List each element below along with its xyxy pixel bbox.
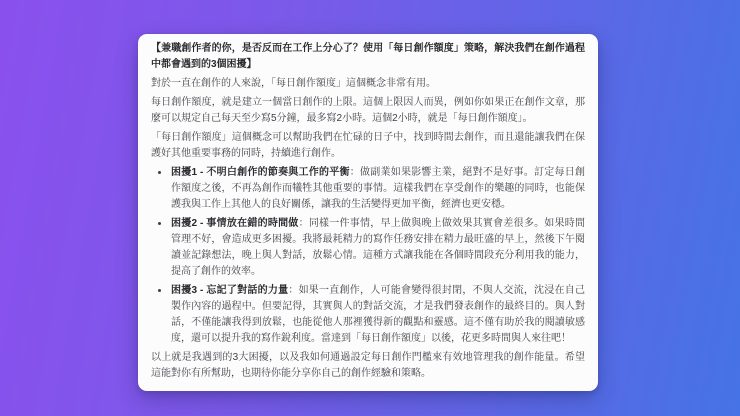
pain-point-1-label: 困擾1 - 不明白創作的節奏與工作的平衡 (171, 167, 350, 178)
post-card: 【兼職創作者的你，是否反而在工作上分心了？使用「每日創作額度」策略，解決我們在創… (138, 34, 598, 391)
post-title: 【兼職創作者的你，是否反而在工作上分心了？使用「每日創作額度」策略，解決我們在創… (151, 41, 585, 73)
pain-point-item-3: 困擾3 - 忘記了對話的力量：如果一直創作，人可能會變得很封閉，不與人交流，沈浸… (170, 283, 585, 347)
post-paragraph-definition: 每日創作額度，就是建立一個當日創作的上限。這個上限因人而異，例如你如果正在創作文… (151, 95, 585, 127)
gradient-background: 【兼職創作者的你，是否反而在工作上分心了？使用「每日創作額度」策略，解決我們在創… (0, 0, 740, 416)
post-paragraph-intro: 對於一直在創作的人來說，「每日創作額度」這個概念非常有用。 (151, 76, 585, 92)
pain-point-3-label: 困擾3 - 忘記了對話的力量 (171, 285, 288, 296)
pain-point-2-separator: ： (299, 218, 309, 229)
post-paragraph-benefit: 「每日創作額度」這個概念可以幫助我們在忙碌的日子中，找到時間去創作，而且還能讓我… (151, 130, 585, 162)
pain-point-3-separator: ： (288, 285, 298, 296)
pain-point-item-2: 困擾2 - 事情放在錯的時間做：同樣一件事情，早上做與晚上做效果其實會差很多。如… (170, 216, 585, 280)
pain-point-1-separator: ： (350, 167, 360, 178)
pain-point-2-label: 困擾2 - 事情放在錯的時間做 (171, 218, 299, 229)
post-closing: 以上就是我遇到的3大困擾，以及我如何通過設定每日創作門檻來有效地管理我的創作能量… (151, 350, 585, 382)
pain-point-item-1: 困擾1 - 不明白創作的節奏與工作的平衡：做副業如果影響主業，絕對不是好事。訂定… (170, 165, 585, 213)
pain-points-list: 困擾1 - 不明白創作的節奏與工作的平衡：做副業如果影響主業，絕對不是好事。訂定… (151, 165, 585, 347)
